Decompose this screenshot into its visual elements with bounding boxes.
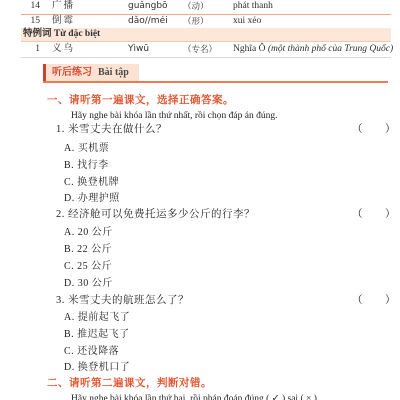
question-2-option-b: B. 22 公斤 xyxy=(64,243,112,256)
question-3-option-b: B. 推迟起飞了 xyxy=(64,328,130,341)
question-3-option-c: C. 还没降落 xyxy=(64,345,119,358)
vocab-meaning: phát thanh xyxy=(233,0,273,13)
vocab-number: 14 xyxy=(22,0,40,13)
question-1-option-c: C. 换登机牌 xyxy=(64,176,119,189)
vocab-word: 广播 xyxy=(52,0,75,13)
special-words-band: 特例词 Từ đặc biệt xyxy=(21,28,391,42)
vocab-pos: （形） xyxy=(183,15,209,27)
section-header: 听后练习Bài tập xyxy=(43,64,139,81)
exercise2-title: 二、请听第二遍课文，判断对错。 xyxy=(47,377,212,391)
vocab-meaning-note: (một thành phố của Trung Quốc) xyxy=(268,44,393,54)
vocab-number: 15 xyxy=(22,15,40,27)
vocab-row: 15 倒霉 dǎo//méi （形） xui xẻo xyxy=(21,15,391,28)
vocab-word: 倒霉 xyxy=(52,15,75,27)
textbook-page: 14 广播 guǎngbō （动） phát thanh 15 倒霉 dǎo//… xyxy=(0,0,400,400)
special-words-label: 特例词 Từ đặc biệt xyxy=(23,29,100,39)
section-underline xyxy=(43,81,388,83)
exercise1-instruction: Hãy nghe bài khóa lần thứ nhất, rồi chọn… xyxy=(71,110,277,123)
question-3-option-d: D. 换登机口了 xyxy=(64,361,130,374)
answer-bracket: （ ） xyxy=(352,208,400,222)
question-3-option-a: A. 提前起飞了 xyxy=(64,311,130,324)
question-2-option-d: D. 30 公斤 xyxy=(64,277,113,290)
vocab-pos: （专名） xyxy=(183,42,217,57)
question-2-option-a: A. 20 公斤 xyxy=(64,226,113,239)
vocab-row: 14 广播 guǎngbō （动） phát thanh xyxy=(21,0,391,15)
section-title-vi: Bài tập xyxy=(98,67,129,78)
answer-bracket: （ ） xyxy=(352,294,400,308)
question-1-option-d: D. 办理护照 xyxy=(64,192,120,205)
exercise2-instruction: Hãy nghe bài khóa lần thứ hai, rồi phán … xyxy=(71,393,319,400)
section-title-zh: 听后练习 xyxy=(52,67,92,78)
question-1-option-b: B. 找行李 xyxy=(64,159,109,172)
vocab-meaning: xui xẻo xyxy=(233,15,261,27)
question-3: 3. 米雪丈夫的航班怎么了？ （ ） xyxy=(56,294,189,308)
vocab-pinyin: guǎngbō xyxy=(128,0,168,13)
exercise1-title: 一、请听第一遍课文，选择正确答案。 xyxy=(47,94,234,108)
vocab-pinyin: dǎo//méi xyxy=(128,15,168,27)
vocab-pos: （动） xyxy=(183,0,209,13)
vocab-number: 1 xyxy=(22,42,40,57)
vocab-pinyin: Yìwū xyxy=(128,42,149,57)
question-2-option-c: C. 25 公斤 xyxy=(64,260,112,273)
question-1: 1. 米雪丈夫在做什么？ （ ） xyxy=(56,123,167,137)
vocab-row: 1 义乌 Yìwū （专名） Nghĩa Ô (một thành phố củ… xyxy=(21,42,391,58)
question-2: 2. 经济舱可以免费托运多少公斤的行李？ （ ） xyxy=(56,208,255,222)
vocab-word: 义乌 xyxy=(52,42,75,57)
question-1-option-a: A. 买机票 xyxy=(64,142,109,155)
answer-bracket: （ ） xyxy=(352,123,400,137)
vocab-meaning: Nghĩa Ô (một thành phố của Trung Quốc) xyxy=(233,42,393,57)
